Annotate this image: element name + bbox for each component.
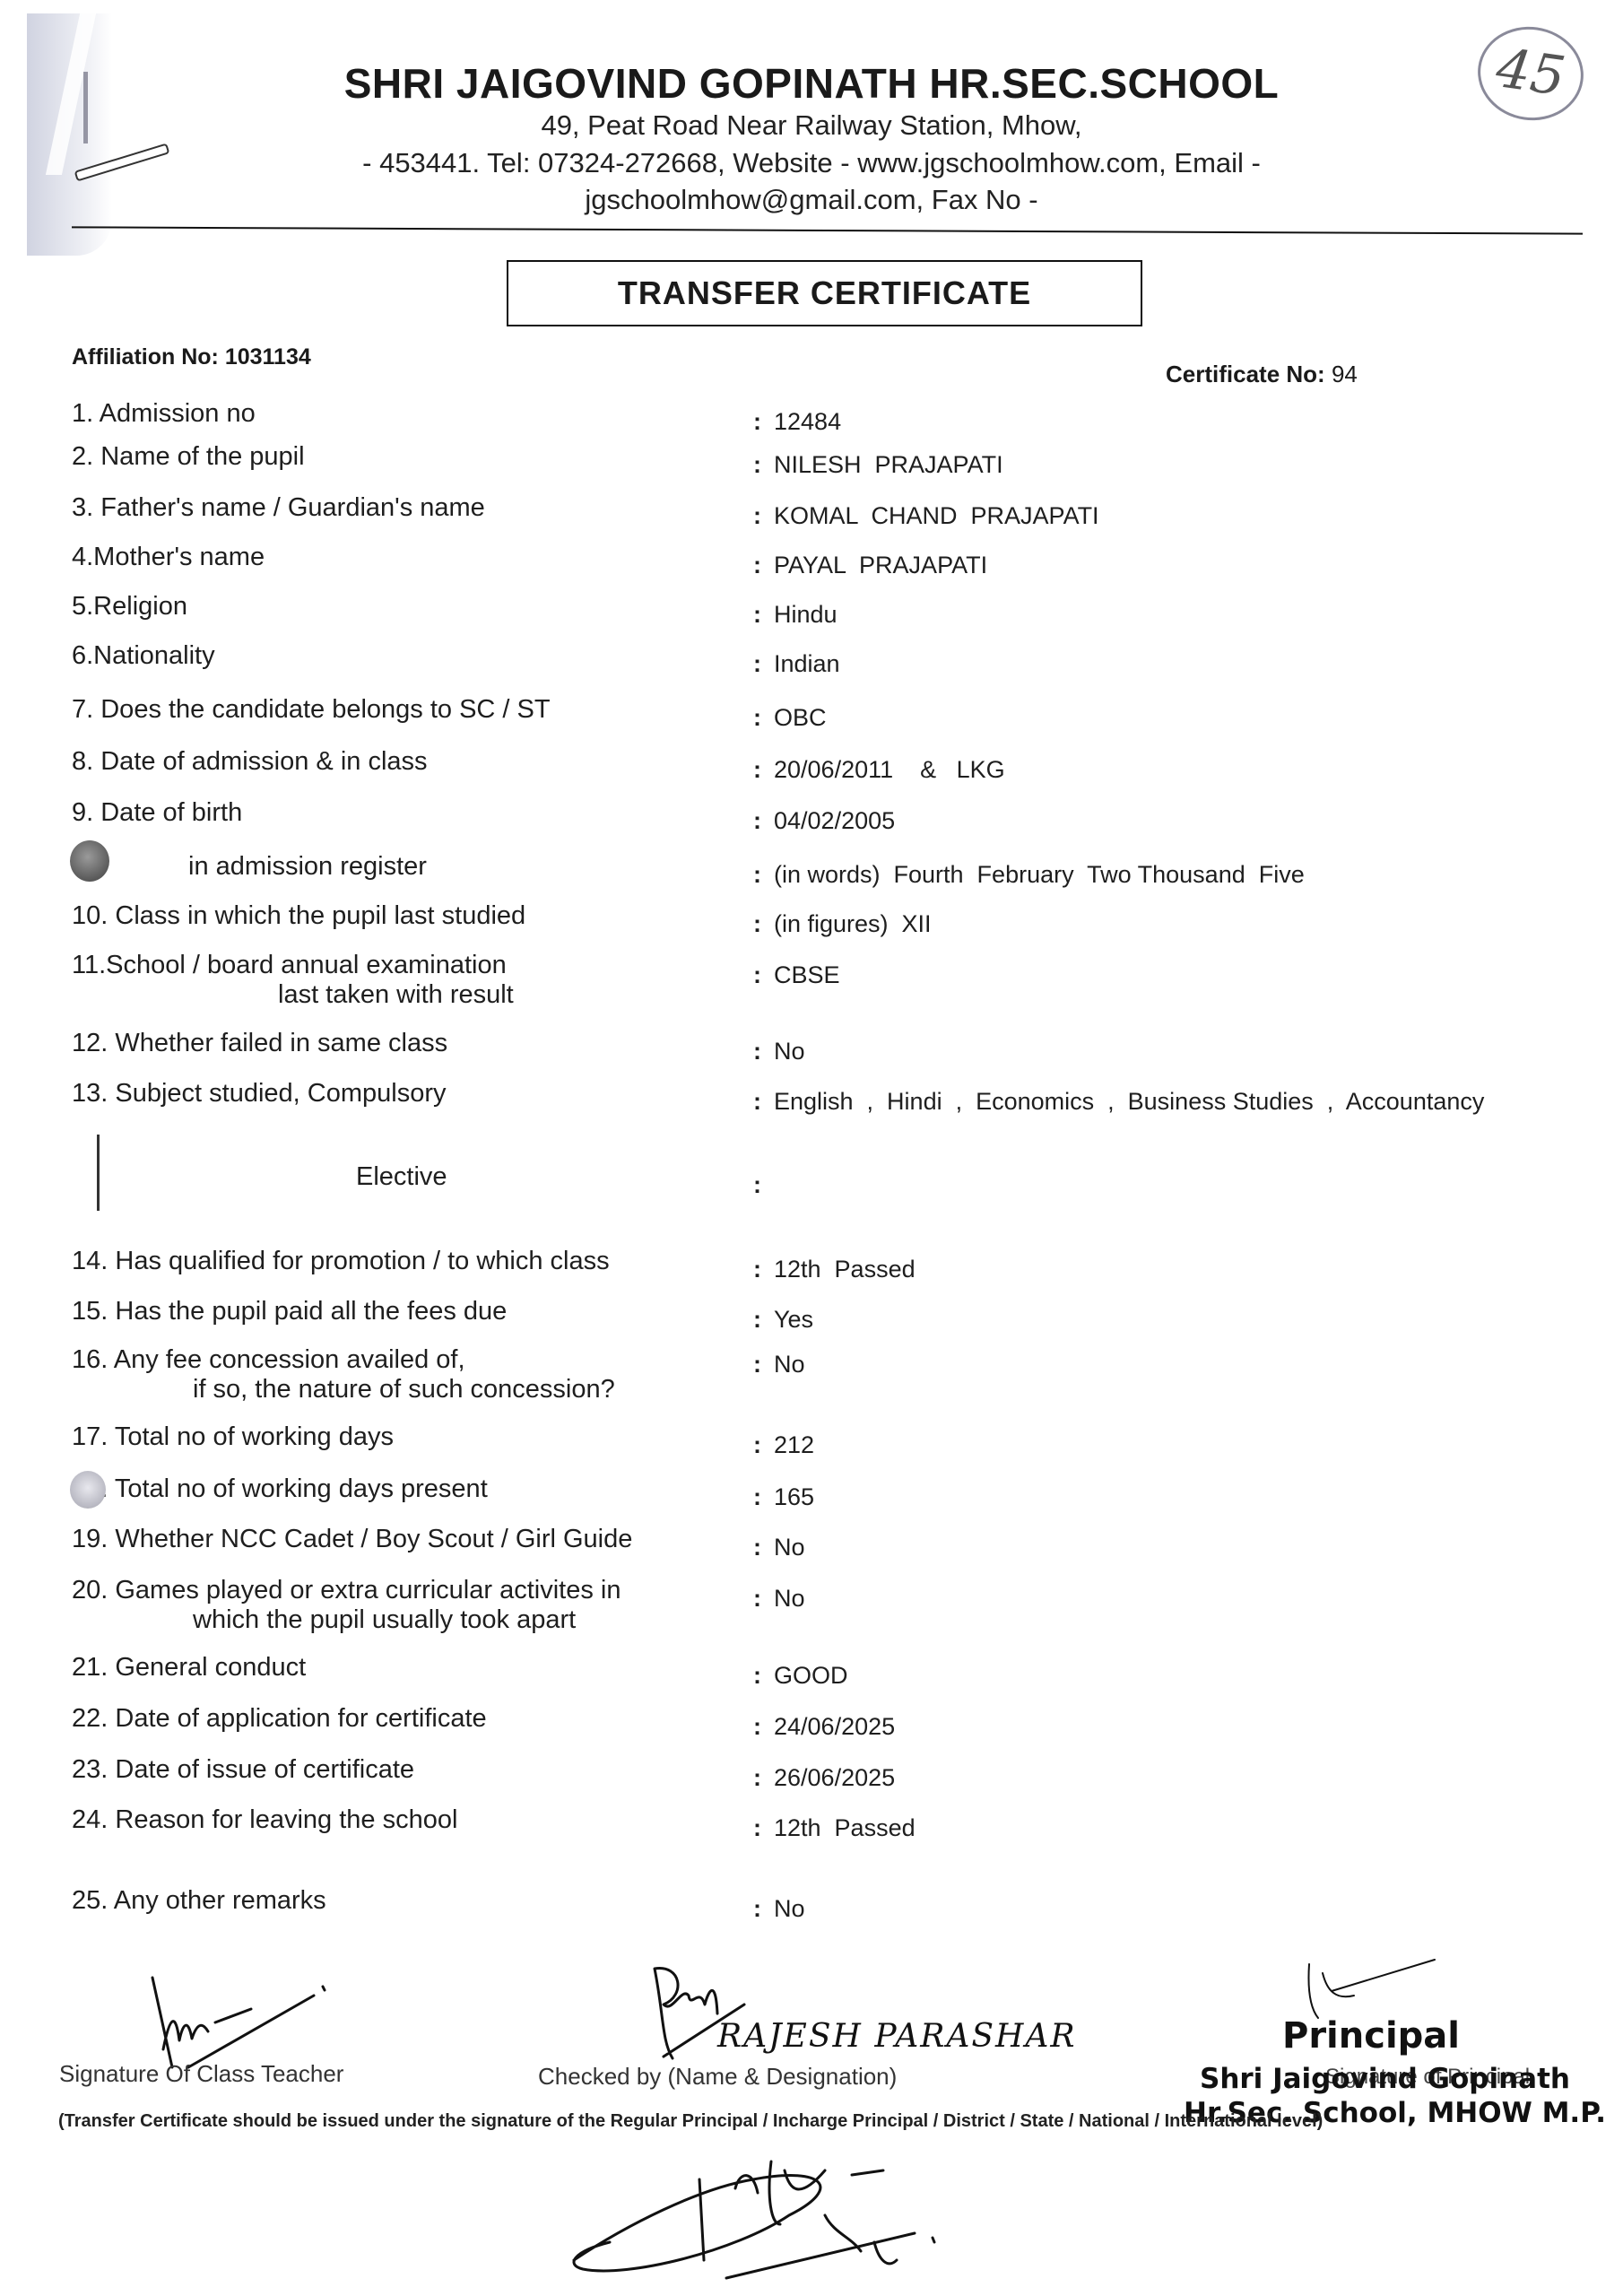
field-label-text: 9. Date of birth [72,798,242,827]
field-label-text: 12. Whether failed in same class [72,1029,447,1057]
field-value-text: English , Hindi , Economics , Business S… [774,1088,1484,1115]
field-label: 11.School / board annual examinationlast… [72,951,514,1010]
stamp-school-name: Shri Jaigovind Gopinath [1200,2063,1570,2095]
field-value-text: (in words) Fourth February Two Thousand … [774,861,1305,888]
field-label-text: 8. Date of admission & in class [72,747,428,776]
school-address-line1: 49, Peat Road Near Railway Station, Mhow… [0,108,1623,143]
field-value: :NILESH PRAJAPATI [753,451,1003,479]
field-label: 3. Father's name / Guardian's name [72,493,485,523]
field-label-text: 21. General conduct [72,1653,306,1682]
field-value: :(in words) Fourth February Two Thousand… [753,861,1305,889]
field-label-continuation: last taken with result [72,980,514,1010]
field-label: 17. Total no of working days [72,1422,394,1452]
certificate-label: Certificate No: [1166,361,1325,387]
field-label-text: 22. Date of application for certificate [72,1704,487,1733]
field-value: :12th Passed [753,1814,916,1842]
field-value: :No [753,1534,805,1561]
field-value: :26/06/2025 [753,1764,895,1792]
field-label-text: 23. Date of issue of certificate [72,1755,414,1784]
field-value-text: NILESH PRAJAPATI [774,451,1003,478]
field-separator: : [753,1306,761,1333]
field-label-text: in admission register [188,852,427,881]
field-value: :English , Hindi , Economics , Business … [753,1088,1484,1116]
field-value: :12484 [753,408,841,436]
field-value-text: No [774,1351,805,1378]
field-value-text: GOOD [774,1662,848,1689]
field-label: 10. Class in which the pupil last studie… [72,901,525,931]
field-value-text: 24/06/2025 [774,1713,895,1740]
field-label: 25. Any other remarks [72,1886,326,1916]
field-value-text: 212 [774,1431,814,1458]
field-separator: : [753,1534,761,1561]
field-value-text: CBSE [774,961,840,988]
field-value-text: No [774,1895,805,1922]
field-separator: : [753,1764,761,1791]
field-label-text: 20. Games played or extra curricular act… [72,1576,621,1605]
field-label: 14. Has qualified for promotion / to whi… [72,1247,610,1276]
field-label-text: 15. Has the pupil paid all the fees due [72,1297,507,1326]
field-label: 13. Subject studied, Compulsory [72,1079,447,1109]
field-label-text: 4.Mother's name [72,543,265,571]
affiliation-label: Affiliation No: [72,344,219,370]
field-value-text: No [774,1534,805,1561]
bracket-line [97,1135,100,1211]
field-label-text: 19. Whether NCC Cadet / Boy Scout / Girl… [72,1525,632,1553]
field-label: 4.Mother's name [72,543,265,572]
field-separator: : [753,1038,761,1065]
field-value: :24/06/2025 [753,1713,895,1741]
field-label-text: 7. Does the candidate belongs to SC / ST [72,695,551,724]
stamp-principal: Principal [1282,2015,1460,2057]
pupil-signature [556,2152,986,2296]
field-label: 22. Date of application for certificate [72,1704,487,1734]
field-label-text: 18. Total no of working days present [72,1474,488,1503]
field-value: :(in figures) XII [753,910,932,938]
affiliation-number: Affiliation No: 1031134 [72,344,311,370]
field-separator: : [753,1351,761,1378]
field-separator: : [753,861,761,888]
field-separator: : [753,1895,761,1922]
field-value: :No [753,1585,805,1613]
field-value-text: No [774,1585,805,1612]
field-value: :No [753,1038,805,1065]
certificate-number: Certificate No: 94 [1166,361,1358,388]
school-address-line2: - 453441. Tel: 07324-272668, Website - w… [0,145,1623,181]
field-value-text: PAYAL PRAJAPATI [774,552,987,578]
field-value-text: No [774,1038,805,1065]
footnote: (Transfer Certificate should be issued u… [58,2111,1323,2132]
field-label: 20. Games played or extra curricular act… [72,1576,621,1635]
field-separator: : [753,1171,761,1198]
field-value-text: Yes [774,1306,813,1333]
field-label: 24. Reason for leaving the school [72,1805,457,1835]
field-separator: : [753,408,761,435]
field-label: 5.Religion [72,592,187,622]
field-value: :212 [753,1431,814,1459]
field-separator: : [753,756,761,783]
field-value-text: 26/06/2025 [774,1764,895,1791]
field-label-text: 2. Name of the pupil [72,442,305,471]
field-separator: : [753,704,761,731]
affiliation-value: 1031134 [225,344,311,370]
field-value: :KOMAL CHAND PRAJAPATI [753,502,1099,530]
field-label: 23. Date of issue of certificate [72,1755,414,1785]
field-value: :Indian [753,650,840,678]
field-value: :PAYAL PRAJAPATI [753,552,987,579]
field-value: :12th Passed [753,1256,916,1283]
field-label: 21. General conduct [72,1653,306,1683]
field-separator: : [753,451,761,478]
field-separator: : [753,650,761,677]
checked-by-label: Checked by (Name & Designation) [538,2063,897,2091]
field-label: 12. Whether failed in same class [72,1029,447,1058]
field-value: :GOOD [753,1662,848,1690]
field-value: :04/02/2005 [753,807,895,835]
field-label: Elective [356,1162,447,1192]
field-label-text: 24. Reason for leaving the school [72,1805,457,1834]
field-label-text: 5.Religion [72,592,187,621]
field-value-text: OBC [774,704,827,731]
field-label: 7. Does the candidate belongs to SC / ST [72,695,551,725]
field-value: :20/06/2011 & LKG [753,756,1005,784]
field-label: 1. Admission no [72,399,256,429]
field-label-text: Elective [356,1162,447,1191]
field-label-continuation: which the pupil usually took apart [72,1605,621,1635]
field-value: :Yes [753,1306,813,1334]
field-label-text: 25. Any other remarks [72,1886,326,1915]
field-value-text: 20/06/2011 & LKG [774,756,1005,783]
field-value-text: 12th Passed [774,1256,916,1283]
field-label: 8. Date of admission & in class [72,747,428,777]
field-value-text: 04/02/2005 [774,807,895,834]
field-label-text: 13. Subject studied, Compulsory [72,1079,447,1108]
field-label: 9. Date of birth [72,798,242,828]
field-label-text: 6.Nationality [72,641,215,670]
field-label: 18. Total no of working days present [72,1474,488,1504]
field-label-text: 11.School / board annual examination [72,951,507,979]
field-value-text: 12th Passed [774,1814,916,1841]
class-teacher-label: Signature Of Class Teacher [59,2060,343,2088]
field-label: 2. Name of the pupil [72,442,305,472]
field-label: 16. Any fee concession availed of,if so,… [72,1345,615,1405]
field-value: :Hindu [753,601,838,629]
field-separator: : [753,601,761,628]
field-separator: : [753,910,761,937]
field-separator: : [753,961,761,988]
field-value-text: Hindu [774,601,838,628]
field-value: : [753,1171,774,1199]
field-separator: : [753,1713,761,1740]
field-value-text: 165 [774,1483,814,1510]
school-name: SHRI JAIGOVIND GOPINATH HR.SEC.SCHOOL [0,59,1623,108]
header-divider [72,226,1583,234]
field-separator: : [753,1585,761,1612]
field-value: :OBC [753,704,827,732]
field-value-text: 12484 [774,408,841,435]
field-label: 19. Whether NCC Cadet / Boy Scout / Girl… [72,1525,632,1554]
field-value: :No [753,1895,805,1923]
field-label-text: 17. Total no of working days [72,1422,394,1451]
field-separator: : [753,552,761,578]
certificate-value: 94 [1332,361,1358,387]
field-value-text: KOMAL CHAND PRAJAPATI [774,502,1099,529]
punch-hole-mark [70,840,109,882]
field-label-text: 16. Any fee concession availed of, [72,1345,465,1374]
field-label-text: 3. Father's name / Guardian's name [72,493,485,522]
field-value: :CBSE [753,961,840,989]
field-value: :No [753,1351,805,1378]
field-separator: : [753,1483,761,1510]
field-separator: : [753,1256,761,1283]
field-label: in admission register [188,852,427,882]
field-label-text: 14. Has qualified for promotion / to whi… [72,1247,610,1275]
field-value-text: Indian [774,650,840,677]
field-label: 6.Nationality [72,641,215,671]
field-label-continuation: if so, the nature of such concession? [72,1375,615,1405]
field-value-text: (in figures) XII [774,910,932,937]
school-address-line3: jgschoolmhow@gmail.com, Fax No - [0,182,1623,218]
field-separator: : [753,807,761,834]
checker-name-handwritten: RAJESH PARASHAR [717,2018,1077,2055]
field-separator: : [753,1662,761,1689]
field-label-text: 10. Class in which the pupil last studie… [72,901,525,930]
field-value: :165 [753,1483,814,1511]
field-separator: : [753,502,761,529]
field-label-text: 1. Admission no [72,399,256,428]
field-separator: : [753,1431,761,1458]
field-label: 15. Has the pupil paid all the fees due [72,1297,507,1326]
punch-hole-mark [70,1471,106,1509]
document-title: TRANSFER CERTIFICATE [507,260,1142,326]
field-separator: : [753,1088,761,1115]
field-separator: : [753,1814,761,1841]
